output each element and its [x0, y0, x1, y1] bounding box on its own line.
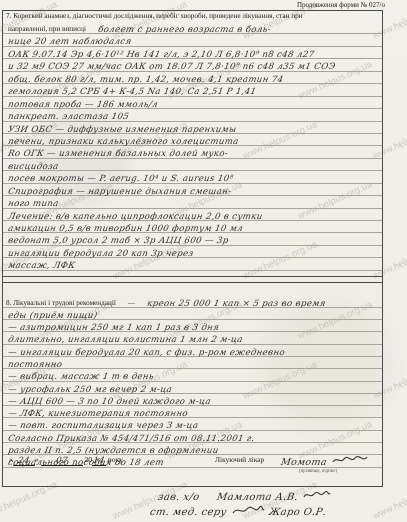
ruled-line: — ингаляции беродуала 20 кап, с физ. р-р… — [3, 345, 382, 357]
section7-label-line1: 7. Короткий анамнез, діагностичні дослід… — [3, 11, 382, 22]
ruled-line: Лечение: в/в капельно ципрофлоксацин 2,0… — [3, 209, 382, 221]
date-year: 14 — [92, 456, 105, 466]
section-separator — [3, 276, 382, 283]
ruled-line: — вибрац. массаж 1 т в день — [3, 369, 382, 381]
ruled-line: ингаляции беродуала 20 кап 3р через — [3, 246, 382, 258]
date-day: 24 — [17, 456, 30, 466]
ruled-line: нице 20 лет наблюдался — [3, 34, 382, 46]
surname-signature-caption: (прізвище, підпис) — [299, 469, 337, 474]
ruled-line: Ro ОГК — изменения базальных долей муко- — [3, 146, 382, 158]
ruled-line: посев мокроты — P. aerug. 10⁴ и S. aureu… — [3, 171, 382, 183]
ruled-line: — АЦЦ 600 — 3 по 10 дней каждого м-ца — [3, 394, 382, 406]
quote-close: » — [35, 455, 39, 464]
section8-dash: — — [128, 299, 135, 307]
date-century: 20 — [84, 455, 92, 464]
ruled-line: постоянно — [3, 357, 382, 369]
section8-handwritten-lines: еды (приём пищи) — азитромицин 250 мг 1 … — [3, 308, 382, 468]
form-frame: 7. Короткий анамнез, діагностичні дослід… — [2, 10, 383, 487]
section7-label-line2: направленні, при виписці — [8, 25, 86, 33]
ruled-line: еды (приём пищи) — [3, 308, 382, 320]
ruled-line: висцидоза — [3, 159, 382, 171]
section8-label: 8. Лікувальні і трудові рекомендації — [6, 299, 116, 307]
date-year-word: року — [108, 455, 123, 464]
ruled-line: гемология 5,2 СРБ 4+ К-4,5 Na 140, Са 2,… — [3, 84, 382, 96]
ruled-line: — ЛФК, кинезиотерапия постоянно — [3, 406, 382, 418]
ruled-line: длительно, ингаляции колистина 1 млн 2 м… — [3, 332, 382, 344]
ruled-line: ОАК 9.07.14 Эр 4,6·10¹² Нв 141 г/л, э 2,… — [3, 47, 382, 59]
handwritten-line: массаж, ЛФК — [7, 261, 76, 272]
ruled-line: — урсофальк 250 мг вечер 2 м-ца — [3, 382, 382, 394]
signature-flourish-icon — [231, 504, 265, 517]
ruled-line: Согласно Приказа № 454/471/516 от 08.11.… — [3, 431, 382, 443]
form-continuation-note: Продовження форми № 027/о — [297, 1, 385, 9]
signature-flourish-icon — [302, 489, 332, 501]
ruled-line: массаж, ЛФК — [3, 258, 382, 270]
attending-doctor-name: Момота — [281, 451, 369, 469]
section8-label-row: 8. Лікувальні і трудові рекомендації — к… — [3, 295, 382, 308]
note2-name: Жаро О.Р. — [268, 507, 327, 518]
ruled-line: панкреат. эластаза 105 — [3, 109, 382, 121]
ruled-line: УЗИ ОБС — диффузные изменения паренхимы — [3, 122, 382, 134]
section7-label-line2-row: направленні, при виписці болеет с раннег… — [3, 22, 382, 34]
ruled-line: печени, признаки калькулёзного холецисти… — [3, 134, 382, 146]
note2-role: ст. мед. серу — [149, 507, 228, 518]
ruled-line: общ. белок 80 г/л, тим. пр. 1,42, мочев.… — [3, 72, 382, 84]
attending-doctor-label: Лікуючий лікар — [215, 455, 264, 464]
ruled-line: ного типа — [3, 196, 382, 208]
section7-handwritten-lines: нице 20 лет наблюдался ОАК 9.07.14 Эр 4,… — [3, 34, 382, 270]
date-month: 07 — [55, 456, 68, 466]
ruled-line: Спирография — нарушение дыхания смешан- — [3, 184, 382, 196]
form-footer: «24» 07 2014 року Лікуючий лікар Момота … — [3, 449, 382, 485]
ruled-line: потовая проба — 186 ммоль/л — [3, 97, 382, 109]
ruled-line: и 32 м9 СОЭ 27 мм/час ОАК от 18.07 Л 7,8… — [3, 59, 382, 71]
ruled-line: ведонат 5,0 урсол 2 таб × 3р АЦЦ 600 — 3… — [3, 233, 382, 245]
ruled-line: — азитромицин 250 мг 1 кап 1 раз в 3 дня — [3, 320, 382, 332]
signature-flourish-icon — [331, 454, 369, 466]
scanned-medical-form-page: www.helpus.org.uawww.helpus.org.uawww.he… — [0, 0, 407, 522]
ruled-line: амикацин 0,5 в/в тиворбин 1000 фортум 10… — [3, 221, 382, 233]
date-line: «24» 07 2014 року — [9, 455, 123, 466]
note-line-2: ст. мед. серу Жаро О.Р. — [150, 501, 326, 519]
ruled-line: — повт. госпитализация через 3 м-ца — [3, 418, 382, 430]
